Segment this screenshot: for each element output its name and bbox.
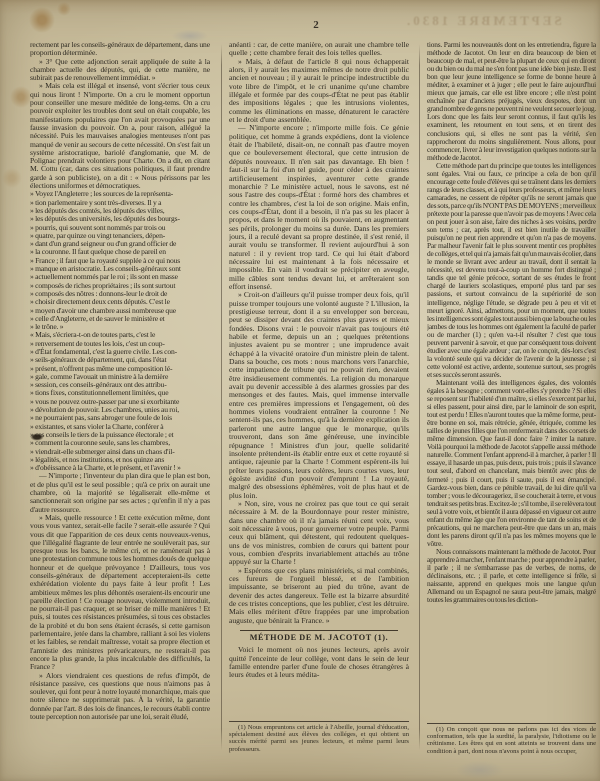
footnote-block: (1) Nous empruntons cet article à l'Abei…: [229, 721, 409, 753]
paragraph: » Alors viendraient ces questions de ref…: [30, 672, 210, 722]
article-heading: MÉTHODE DE M. JACOTOT (1).: [229, 634, 409, 642]
middle-column: anéanti : car, de cette manière, on aura…: [229, 41, 409, 753]
paragraph: » Mais, à défaut de l'article 8 qui nous…: [229, 58, 409, 125]
middle-column-text: anéanti : car, de cette manière, on aura…: [229, 41, 409, 625]
paragraph: rectement par les conseils-généraux de d…: [30, 41, 210, 58]
paragraph: anéanti : car, de cette manière, on aura…: [229, 41, 409, 58]
footnote-text: (1) Nous empruntons cet article à l'Abei…: [229, 724, 409, 753]
page-number: 2: [16, 19, 600, 31]
paragraph: — N'importe ; l'inventeur du plan dira q…: [30, 472, 210, 513]
paragraph: tions. Parmi les nouveautés dont on les …: [427, 41, 596, 162]
left-column: rectement par les conseils-généraux de d…: [30, 41, 210, 765]
footnote-block: (1) On conçoit que nous ne parlons pas i…: [427, 723, 596, 755]
paragraph: « Mais, s'écriera-t-on de toutes parts, …: [30, 331, 210, 472]
footnote-text: (1) On conçoit que nous ne parlons pas i…: [427, 726, 596, 755]
paragraph: » Espérons que ces plans ministériels, s…: [229, 567, 409, 625]
newspaper-page: SEPTEMBRE 1830. 2 rectement par les cons…: [0, 0, 600, 781]
right-column-text: tions. Parmi les nouveautés dont on les …: [427, 41, 596, 604]
article-separator-rule: [240, 630, 398, 631]
paragraph: » Croit-on d'ailleurs qu'il puisse tromp…: [229, 291, 409, 500]
paragraph: Cette méthode part du principe que toute…: [427, 162, 596, 379]
paragraph: » 3° Que cette adjonction serait appliqu…: [30, 58, 210, 83]
paragraph: » Mais cela est illégal et insensé, vont…: [30, 82, 210, 190]
paragraph: Maintenant voilà des intelligences égale…: [427, 379, 596, 548]
paragraph: » Non, sire, vous ne croirez pas que tou…: [229, 500, 409, 567]
paragraph: » Mais, quelle ressource ! Et cette exéc…: [30, 514, 210, 672]
footnote-rule: [427, 723, 596, 724]
paragraph: — N'importe encore ; n'importe mille foi…: [229, 124, 409, 291]
right-column: tions. Parmi les nouveautés dont on les …: [427, 41, 596, 755]
paragraph: Nous connaissons maintenant la méthode d…: [427, 548, 596, 604]
column-rule-left: [221, 44, 222, 750]
paragraph: » Voyez l'Angleterre ; les sources de la…: [30, 190, 210, 331]
article-intro-paragraph: Voici le moment où nos jeunes lecteurs, …: [229, 646, 409, 679]
column-rule-right: [419, 44, 420, 750]
footnote-rule: [229, 721, 409, 722]
